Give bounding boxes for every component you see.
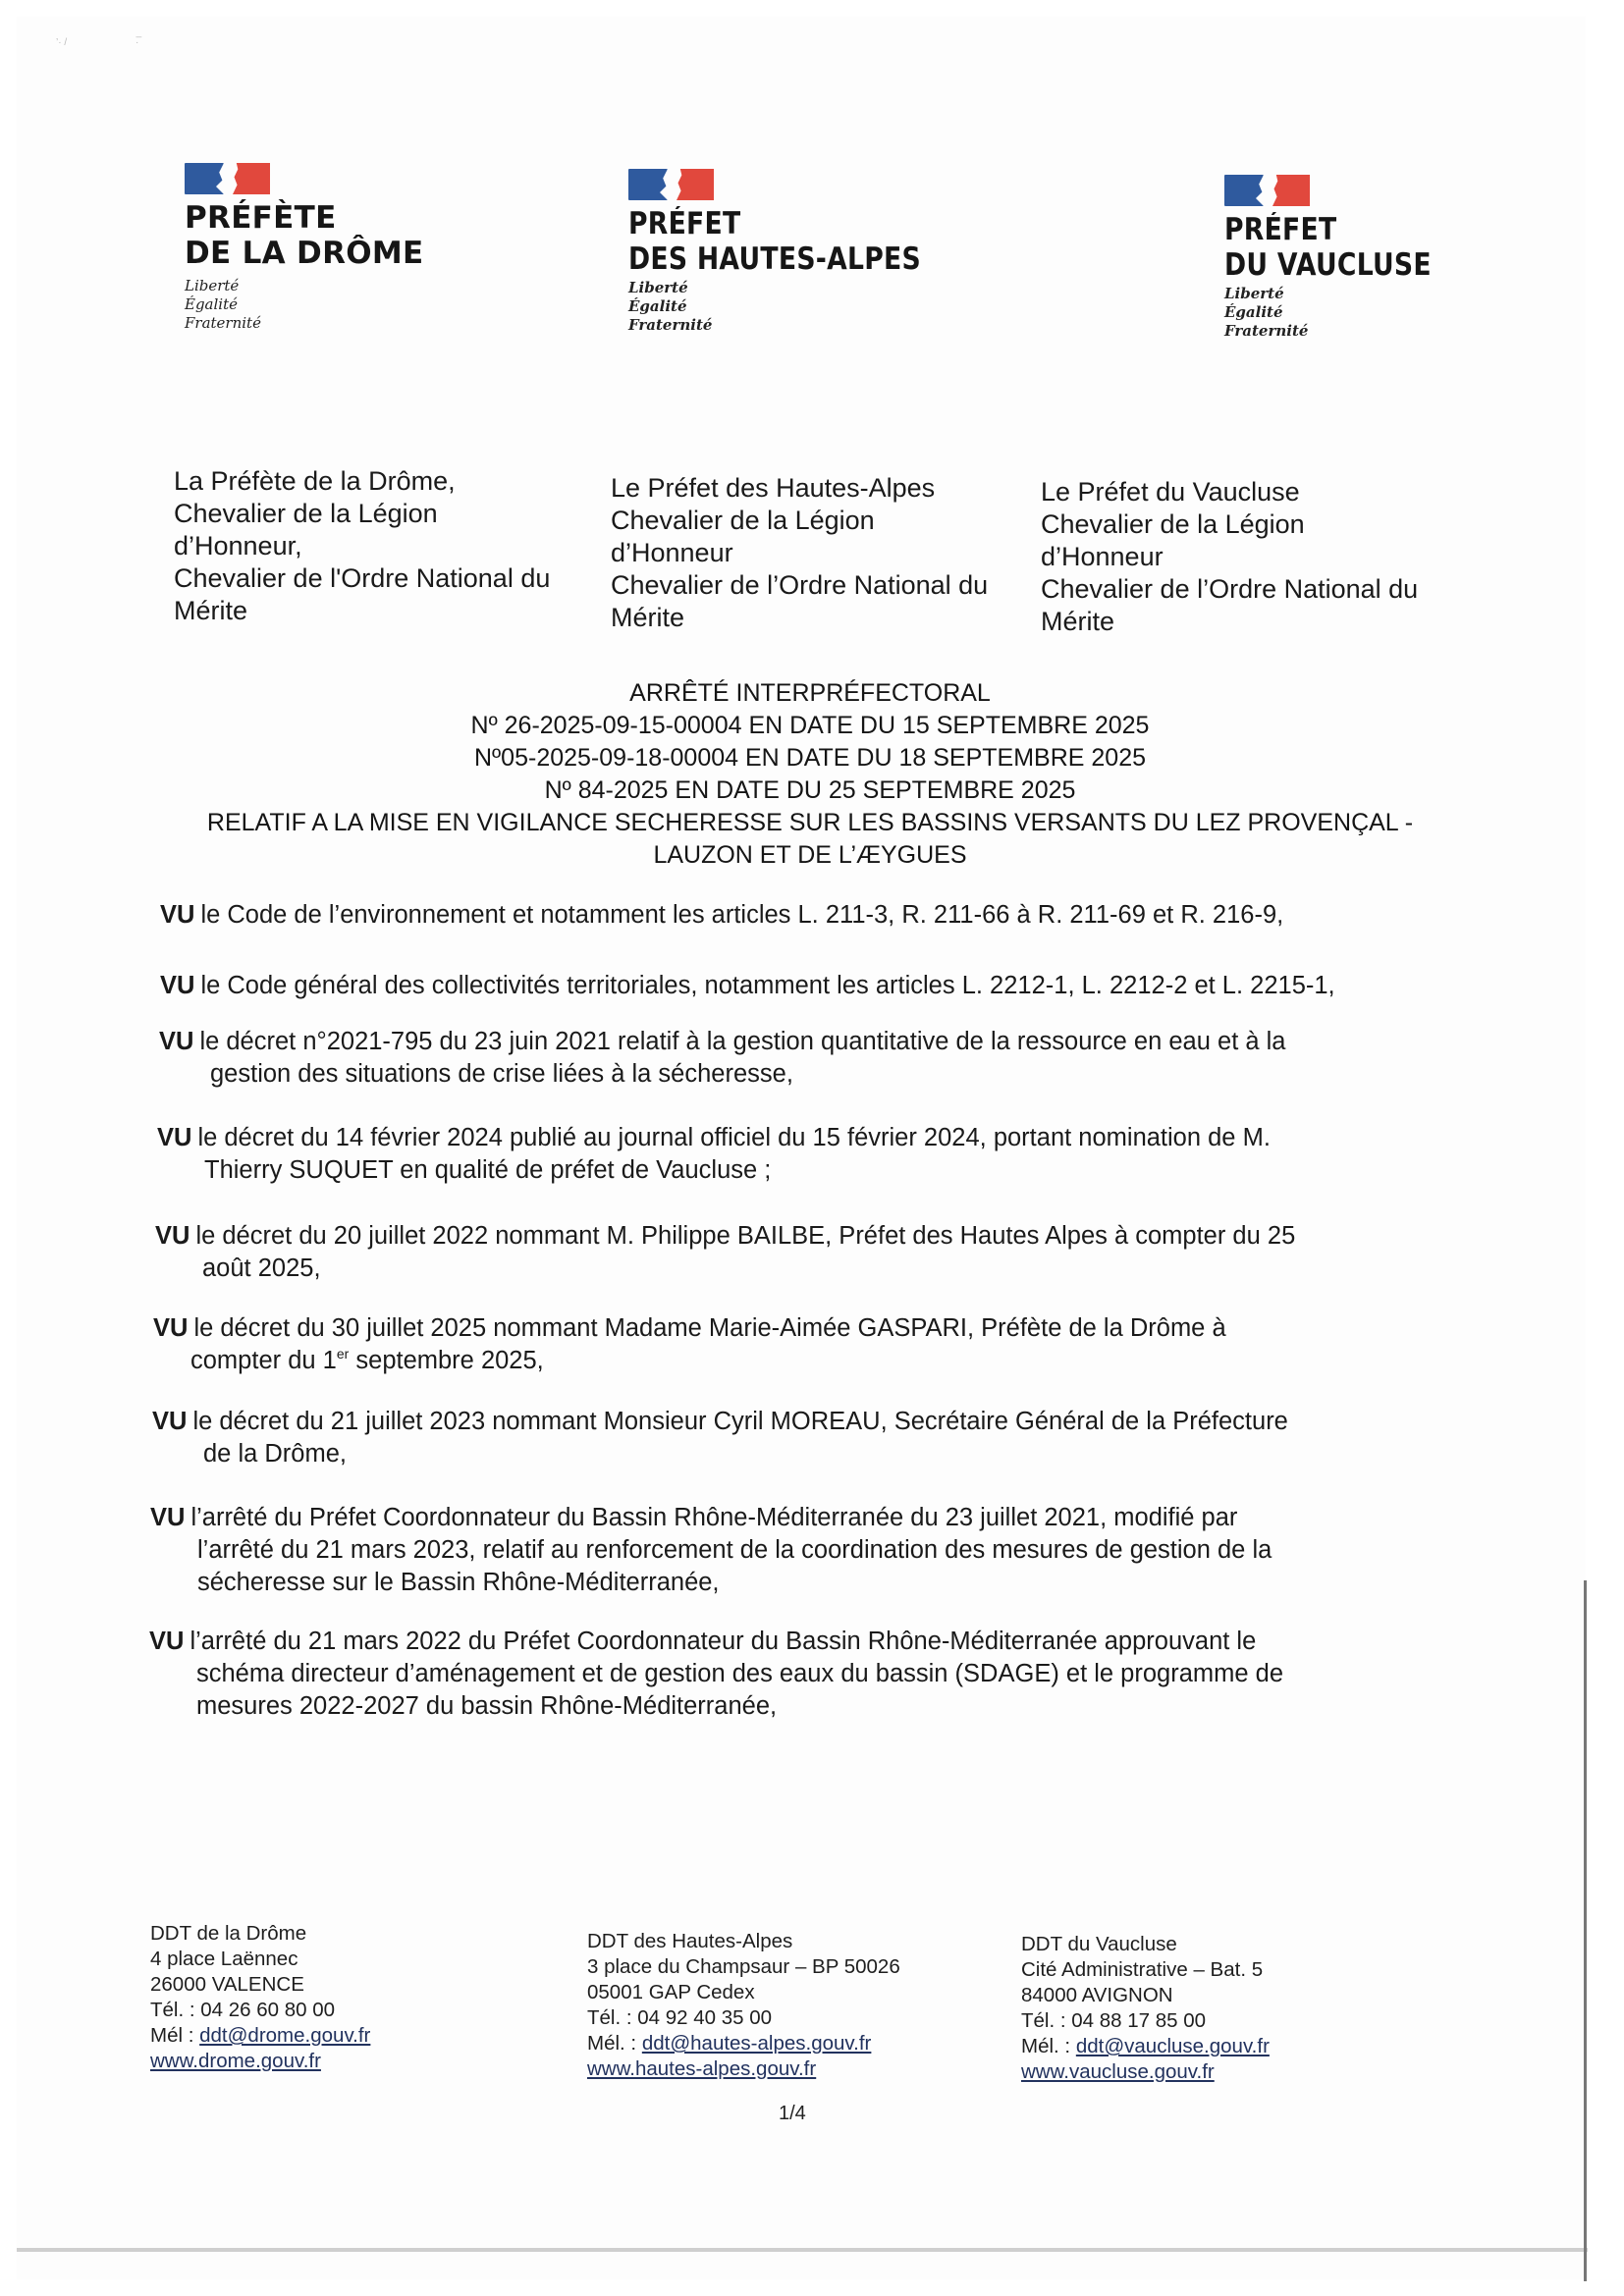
consideration-item: VUl’arrêté du Préfet Coordonnateur du Ba… [150, 1502, 1446, 1599]
logo-title-line1: PRÉFÈTE [185, 200, 424, 236]
decree-number-drome: Nº 26-2025-09-15-00004 EN DATE DU 15 SEP… [157, 710, 1463, 742]
marianne-flag-icon [628, 169, 968, 200]
logo-title-line2: DU VAUCLUSE [1224, 247, 1432, 283]
consideration-item: VUle décret du 21 juillet 2023 nommant M… [152, 1406, 1448, 1470]
website-link[interactable]: www.vaucluse.gouv.fr [1021, 2060, 1215, 2083]
consideration-item: VUle décret du 14 février 2024 publié au… [157, 1122, 1453, 1187]
decree-number-hautes-alpes: Nº05-2025-09-18-00004 EN DATE DU 18 SEPT… [157, 742, 1463, 774]
scan-mark: ’· / [56, 37, 67, 48]
prefect-designation-vaucluse: Le Préfet du VaucluseChevalier de la Lég… [1041, 476, 1418, 638]
marianne-flag-icon [1224, 175, 1465, 206]
email-link[interactable]: ddt@hautes-alpes.gouv.fr [642, 2032, 872, 2055]
logo-prefecture-hautes-alpes: PRÉFET DES HAUTES-ALPES LibertéÉgalitéFr… [628, 169, 968, 335]
logo-prefecture-drome: PRÉFÈTE DE LA DRÔME LibertéÉgalitéFrater… [185, 163, 424, 333]
decree-subject: RELATIF A LA MISE EN VIGILANCE SECHERESS… [157, 807, 1463, 839]
consideration-item: VUle Code de l’environnement et notammen… [160, 899, 1456, 932]
logo-prefecture-vaucluse: PRÉFET DU VAUCLUSE LibertéÉgalitéFratern… [1224, 175, 1465, 341]
footer-contact-hautes-alpes: DDT des Hautes-Alpes 3 place du Champsau… [587, 1929, 900, 2082]
logo-title-line2: DE LA DRÔME [185, 236, 424, 271]
consideration-item: VUle décret du 20 juillet 2022 nommant M… [155, 1220, 1451, 1285]
logo-title-line2: DES HAUTES-ALPES [628, 241, 921, 277]
logo-title-line1: PRÉFET [1224, 212, 1432, 247]
email-link[interactable]: ddt@vaucluse.gouv.fr [1076, 2035, 1270, 2057]
marianne-flag-icon [185, 163, 424, 194]
consideration-item: VUle Code général des collectivités terr… [160, 970, 1456, 1002]
website-link[interactable]: www.hautes-alpes.gouv.fr [587, 2057, 816, 2080]
scan-edge-horizontal [17, 2248, 1588, 2252]
republic-motto: LibertéÉgalitéFraternité [628, 279, 968, 335]
consideration-item: VUle décret n°2021-795 du 23 juin 2021 r… [159, 1026, 1455, 1091]
page-number: 1/4 [779, 2103, 806, 2125]
consideration-item: VUl’arrêté du 21 mars 2022 du Préfet Coo… [149, 1626, 1445, 1723]
email-link[interactable]: ddt@drome.gouv.fr [199, 2024, 370, 2047]
decree-subject-cont: LAUZON ET DE L’ÆYGUES [157, 839, 1463, 872]
footer-contact-vaucluse: DDT du Vaucluse Cité Administrative – Ba… [1021, 1932, 1270, 2085]
consideration-item: VUle décret du 30 juillet 2025 nommant M… [153, 1312, 1449, 1377]
footer-contact-drome: DDT de la Drôme 4 place Laënnec 26000 VA… [150, 1921, 370, 2074]
website-link[interactable]: www.drome.gouv.fr [150, 2050, 321, 2072]
logo-title-line1: PRÉFET [628, 206, 921, 241]
decree-heading: ARRÊTÉ INTERPRÉFECTORAL [157, 677, 1463, 710]
scan-edge-vertical [1584, 1580, 1587, 2281]
prefect-designation-hautes-alpes: Le Préfet des Hautes-AlpesChevalier de l… [611, 472, 988, 634]
decree-number-vaucluse: Nº 84-2025 EN DATE DU 25 SEPTEMBRE 2025 [157, 774, 1463, 807]
republic-motto: LibertéÉgalitéFraternité [185, 277, 424, 333]
prefect-designation-drome: La Préfète de la Drôme,Chevalier de la L… [174, 465, 550, 627]
republic-motto: LibertéÉgalitéFraternité [1224, 285, 1465, 341]
scan-mark: ·̅ [135, 37, 138, 48]
decree-title: ARRÊTÉ INTERPRÉFECTORAL Nº 26-2025-09-15… [157, 677, 1463, 872]
